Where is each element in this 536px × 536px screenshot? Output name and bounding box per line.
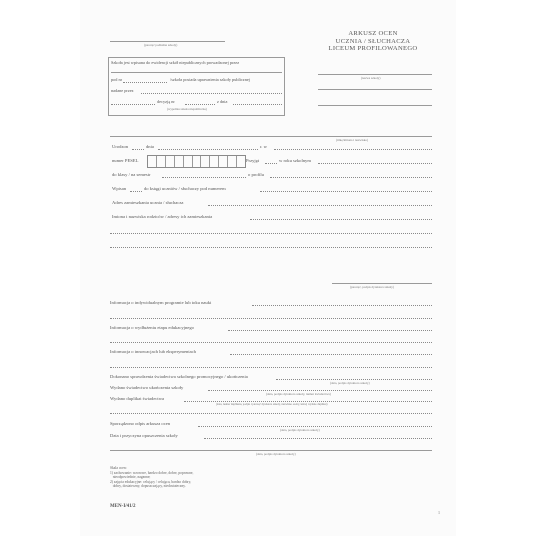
parents-field-1[interactable] <box>250 219 432 220</box>
school-name-caption: (nazwa szkoły) <box>361 76 380 80</box>
school-year-field[interactable] <box>318 163 432 164</box>
profile-label: o profilu <box>248 172 264 177</box>
authorization-decision-field-b[interactable] <box>185 104 215 105</box>
certificate-check-caption: (data, podpis dyrektora szkoły) <box>330 381 370 385</box>
grading-scale: Skala ocen:1) zachowanie: wzorowe, bardz… <box>110 466 193 489</box>
student-name-caption: (imię/imiona i nazwisko) <box>336 138 368 142</box>
duplicate-issued-field[interactable] <box>184 401 432 402</box>
register-prefix-label: Wpisan <box>112 186 126 191</box>
authorization-granted-label: nadane przez <box>111 88 134 93</box>
title-line-3: LICEUM PROFILOWANEGO <box>308 45 438 53</box>
address-label: Adres zamieszkania ucznia / słuchacza <box>112 200 183 205</box>
authorization-decision-label: decyzją nr <box>157 99 175 104</box>
born-label: Urodzon <box>112 144 128 149</box>
stamp-caption: (pieczęć podłużna szkoły) <box>144 43 177 47</box>
student-name-line[interactable] <box>110 136 432 137</box>
title-line-1: ARKUSZ OCEN <box>308 30 438 38</box>
authorization-line-1: Szkoła jest wpisana do ewidencji szkół n… <box>111 60 239 65</box>
parents-field-2[interactable] <box>110 233 432 234</box>
pesel-digit-cell[interactable] <box>166 156 175 167</box>
authorization-number-label: pod nr <box>111 77 122 82</box>
school-name-line-1[interactable] <box>318 74 432 75</box>
authorization-number-field[interactable] <box>123 82 167 83</box>
form-title: ARKUSZ OCEN UCZNIA / SŁUCHACZA LICEUM PR… <box>308 30 438 53</box>
pesel-input[interactable] <box>147 155 246 168</box>
grading-scale-behavior: 1) zachowanie: wzorowe, bardzo dobre, do… <box>110 471 193 480</box>
form-code: MEN-I/41/2 <box>110 504 136 509</box>
pesel-digit-cell[interactable] <box>219 156 228 167</box>
innovations-field-1[interactable] <box>230 354 432 355</box>
duplicate-issued-label: Wydano duplikat świadectwa <box>110 396 164 401</box>
innovations-field-2[interactable] <box>110 367 432 368</box>
individual-program-label: Informacja o indywidualnym programie lub… <box>110 300 211 305</box>
birth-place-label: r. w <box>260 144 267 149</box>
register-label: do księgi uczniów / słuchaczy pod numere… <box>144 186 226 191</box>
grading-scale-subjects: 2) zajęcia edukacyjne: celujący / celują… <box>110 480 193 489</box>
birth-date-field[interactable] <box>158 149 258 150</box>
duplicate-issued-caption: (data, numer duplikatu, podpis i pieczęć… <box>216 403 327 406</box>
individual-program-field-1[interactable] <box>252 305 432 306</box>
authorization-box: Szkoła jest wpisana do ewidencji szkół n… <box>108 57 285 116</box>
leaving-reason-caption: (data, podpis dyrektora szkoły) <box>256 452 296 456</box>
individual-program-field-2[interactable] <box>110 318 432 319</box>
pesel-digit-cell[interactable] <box>228 156 237 167</box>
school-name-line-2[interactable] <box>318 89 432 90</box>
certificate-check-field[interactable] <box>276 379 432 380</box>
page-number: 1 <box>438 510 440 515</box>
authorization-registry-line[interactable] <box>111 72 282 73</box>
duplicate-issued-field-2[interactable] <box>110 413 432 414</box>
leaving-reason-label: Data i przyczyna opuszczenia szkoły <box>110 433 178 438</box>
school-year-label: w roku szkolnym <box>279 158 311 163</box>
pesel-label: numer PESEL <box>112 158 138 163</box>
admitted-suffix-field[interactable] <box>265 163 277 164</box>
parents-label: Imiona i nazwiska rodziców / adresy ich … <box>112 214 212 219</box>
exemption-field-1[interactable] <box>228 330 432 331</box>
sheet-copy-field[interactable] <box>198 426 432 427</box>
director-signature-line[interactable] <box>332 283 432 284</box>
pesel-digit-cell[interactable] <box>201 156 210 167</box>
birth-place-field[interactable] <box>274 149 432 150</box>
director-signature-caption: (pieczęć, podpis dyrektora szkoły) <box>350 285 394 289</box>
innovations-label: Informacja o innowacjach lub eksperyment… <box>110 349 196 354</box>
authorization-granted-field[interactable] <box>141 93 282 94</box>
pesel-digit-cell[interactable] <box>237 156 245 167</box>
register-suffix-field[interactable] <box>130 191 142 192</box>
pesel-digit-cell[interactable] <box>184 156 193 167</box>
certificate-issued-caption: (data, podpis dyrektora szkoły, numer św… <box>266 392 331 396</box>
sheet-copy-label: Sporządzono odpis arkusza ocen <box>110 421 170 426</box>
pesel-digit-cell[interactable] <box>157 156 166 167</box>
class-label: do klasy / na semestr <box>112 172 151 177</box>
parents-field-3[interactable] <box>110 247 432 248</box>
school-name-line-3[interactable] <box>318 105 432 106</box>
exemption-field-2[interactable] <box>110 342 432 343</box>
leaving-reason-field-1[interactable] <box>204 438 432 439</box>
certificate-issued-label: Wydano świadectwo ukończenia szkoły <box>110 385 183 390</box>
form-page: (pieczęć podłużna szkoły) ARKUSZ OCEN UC… <box>80 0 456 536</box>
pesel-digit-cell[interactable] <box>210 156 219 167</box>
exemption-label: Informacja o wydłużeniu etapu edukacyjne… <box>110 325 194 330</box>
register-number-field[interactable] <box>260 191 432 192</box>
profile-field[interactable] <box>270 177 432 178</box>
stamp-line <box>110 41 225 42</box>
authorization-date-field[interactable] <box>233 104 282 105</box>
authorization-date-label: z dnia <box>217 99 227 104</box>
sheet-copy-caption: (data, podpis dyrektora szkoły) <box>280 428 320 432</box>
born-day-label: dnia <box>146 144 154 149</box>
certificate-issued-field[interactable] <box>208 390 432 391</box>
title-line-2: UCZNIA / SŁUCHACZA <box>308 38 438 46</box>
pesel-digit-cell[interactable] <box>148 156 157 167</box>
pesel-digit-cell[interactable] <box>193 156 202 167</box>
leaving-reason-field-2[interactable] <box>110 450 432 451</box>
class-field[interactable] <box>162 177 246 178</box>
pesel-digit-cell[interactable] <box>175 156 184 167</box>
born-suffix-field[interactable] <box>132 149 144 150</box>
certificate-check-label: Dokonano sprawdzenia świadectwa szkolneg… <box>110 374 248 379</box>
address-field[interactable] <box>208 205 432 206</box>
authorization-caption: (wypełnia szkoła niepubliczna) <box>167 107 207 111</box>
admitted-label: Przyjęt <box>246 158 259 163</box>
authorization-decision-field-a[interactable] <box>111 104 155 105</box>
authorization-public-label: /szkoła posiada uprawnienia szkoły publi… <box>170 77 250 82</box>
